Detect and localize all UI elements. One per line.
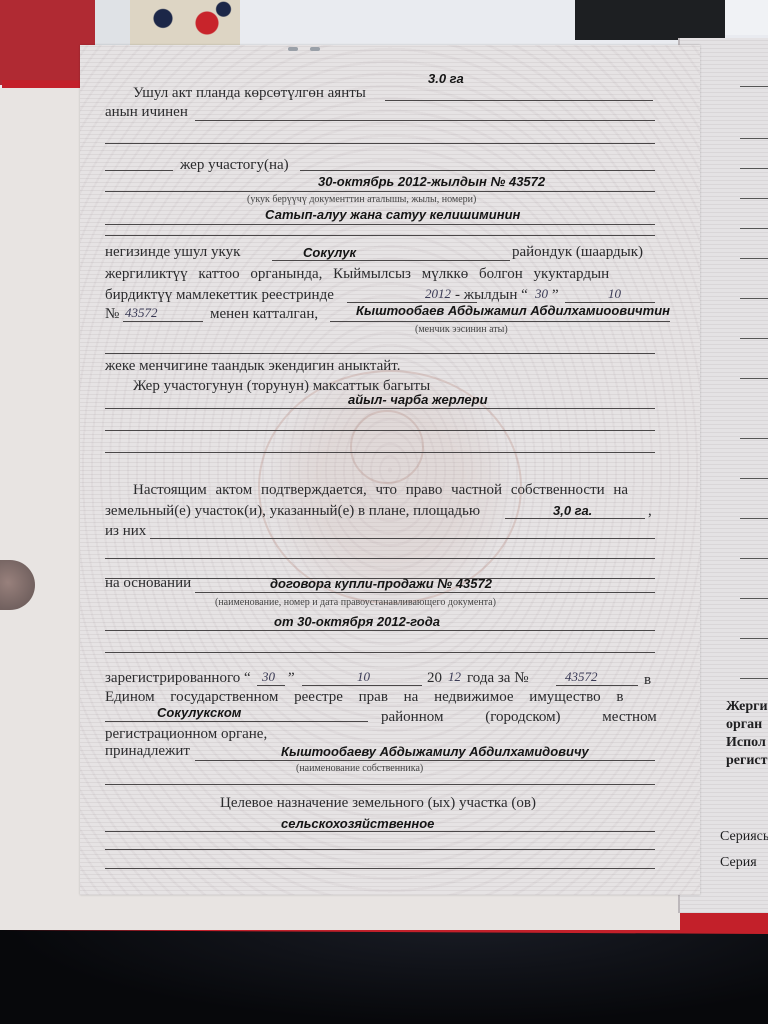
kg-area-label: Ушул акт планда көрсөтүлгөн аянты: [133, 86, 366, 101]
ru-area-value: 3,0 га.: [553, 504, 592, 517]
ru-reg-quote: ”: [288, 671, 295, 686]
background-carpet: [130, 0, 240, 46]
ru-reg-number: 43572: [565, 670, 598, 683]
kg-plot-label: жер участогу(на): [180, 158, 289, 173]
ru-reg-year-prefix: 20: [427, 671, 442, 686]
kg-district: Сокулук: [303, 246, 356, 259]
staple-icon: [288, 47, 298, 51]
right-page-line: Жерги: [726, 700, 768, 714]
series-ru-label: Серия: [720, 856, 757, 870]
ru-belongs-label: принадлежит: [105, 744, 190, 759]
kg-reg-day: 30: [535, 287, 548, 300]
kg-confirm-text: жеке менчигине таандык экендигин аныктай…: [105, 359, 400, 374]
ru-organ-line: регистрационном органе,: [105, 727, 267, 742]
kg-area-value: 3.0 га: [428, 72, 464, 85]
ru-comma: ,: [648, 504, 652, 519]
ru-district-value: Сокулукском: [157, 706, 241, 719]
kg-district-suffix: райондук (шаардык): [512, 245, 643, 260]
kg-reg-year: 2012: [425, 287, 451, 300]
ru-basis-caption: (наименование, номер и дата правоустанав…: [215, 598, 496, 608]
right-page-line: орган: [726, 718, 762, 732]
background-dark-object: [575, 0, 725, 40]
ru-district-suffix: районном (городском) местном: [381, 710, 657, 725]
right-page-line: Испол: [726, 736, 766, 750]
emblem-sun-icon: [350, 410, 424, 484]
ru-owner-caption: (наименование собственника): [296, 764, 423, 774]
ru-registry-line: Едином государственном реестре прав на н…: [105, 690, 623, 705]
kg-reg-number: 43572: [125, 306, 158, 319]
ru-basis-date: от 30-октября 2012-года: [274, 615, 440, 628]
kg-reg-year-suffix: - жылдын “: [455, 288, 528, 303]
ru-purpose-heading: Целевое назначение земельного (ых) участ…: [220, 796, 536, 811]
kg-reg-quote: ”: [552, 288, 559, 303]
staple-icon: [310, 47, 320, 51]
kg-owner-caption: (менчик ээсинин аты): [415, 325, 508, 335]
kg-doc-caption: (укук берүүчү документтин аталышы, жылы,…: [247, 195, 476, 205]
kg-registry-line: жергиликтүү каттоо органында, Кыймылсыз …: [105, 267, 609, 282]
ru-registered-label: зарегистрированного “: [105, 671, 251, 686]
kg-number-label: №: [105, 307, 119, 322]
right-page-line: регист: [726, 754, 768, 768]
ru-reg-year: 12: [448, 670, 461, 683]
ru-basis-label: на основании: [105, 576, 191, 591]
kg-doc-date-number: 30-октябрь 2012-жылдын № 43572: [318, 175, 545, 188]
kg-basis-label: негизинде ушул укук: [105, 245, 240, 260]
kg-purpose-value: айыл- чарба жерлери: [348, 393, 488, 406]
ru-owner-value: Кыштообаеву Абдыжамилу Абдилхамидовичу: [281, 745, 589, 758]
ru-reg-year-suffix: года за №: [467, 671, 529, 686]
ru-basis-value: договора купли-продажи № 43572: [270, 577, 492, 590]
series-kg-label: Сериясы: [720, 830, 768, 844]
ru-purpose-value: сельскохозяйственное: [281, 817, 434, 830]
kg-owner-name: Кыштообаев Абдыжамил Абдилхамиоовичтин: [356, 304, 670, 317]
kg-doc-name: Сатып-алуу жана сатуу келишиминин: [265, 208, 520, 221]
kg-registered-with: менен катталган,: [210, 307, 318, 322]
ru-reg-in: в: [644, 673, 651, 688]
ru-reg-day: 30: [262, 670, 275, 683]
kg-registry-label: бирдиктүү мамлекеттик реестринде: [105, 288, 334, 303]
kg-of-them-label: анын ичинен: [105, 105, 188, 120]
background-paper: [725, 0, 768, 35]
ru-of-them-label: из них: [105, 524, 146, 539]
ru-confirm-line1: Настоящим актом подтверждается, что прав…: [133, 483, 628, 498]
ru-confirm-line2: земельный(е) участок(и), указанный(е) в …: [105, 504, 480, 519]
kg-reg-month: 10: [608, 287, 621, 300]
ru-reg-month: 10: [357, 670, 370, 683]
